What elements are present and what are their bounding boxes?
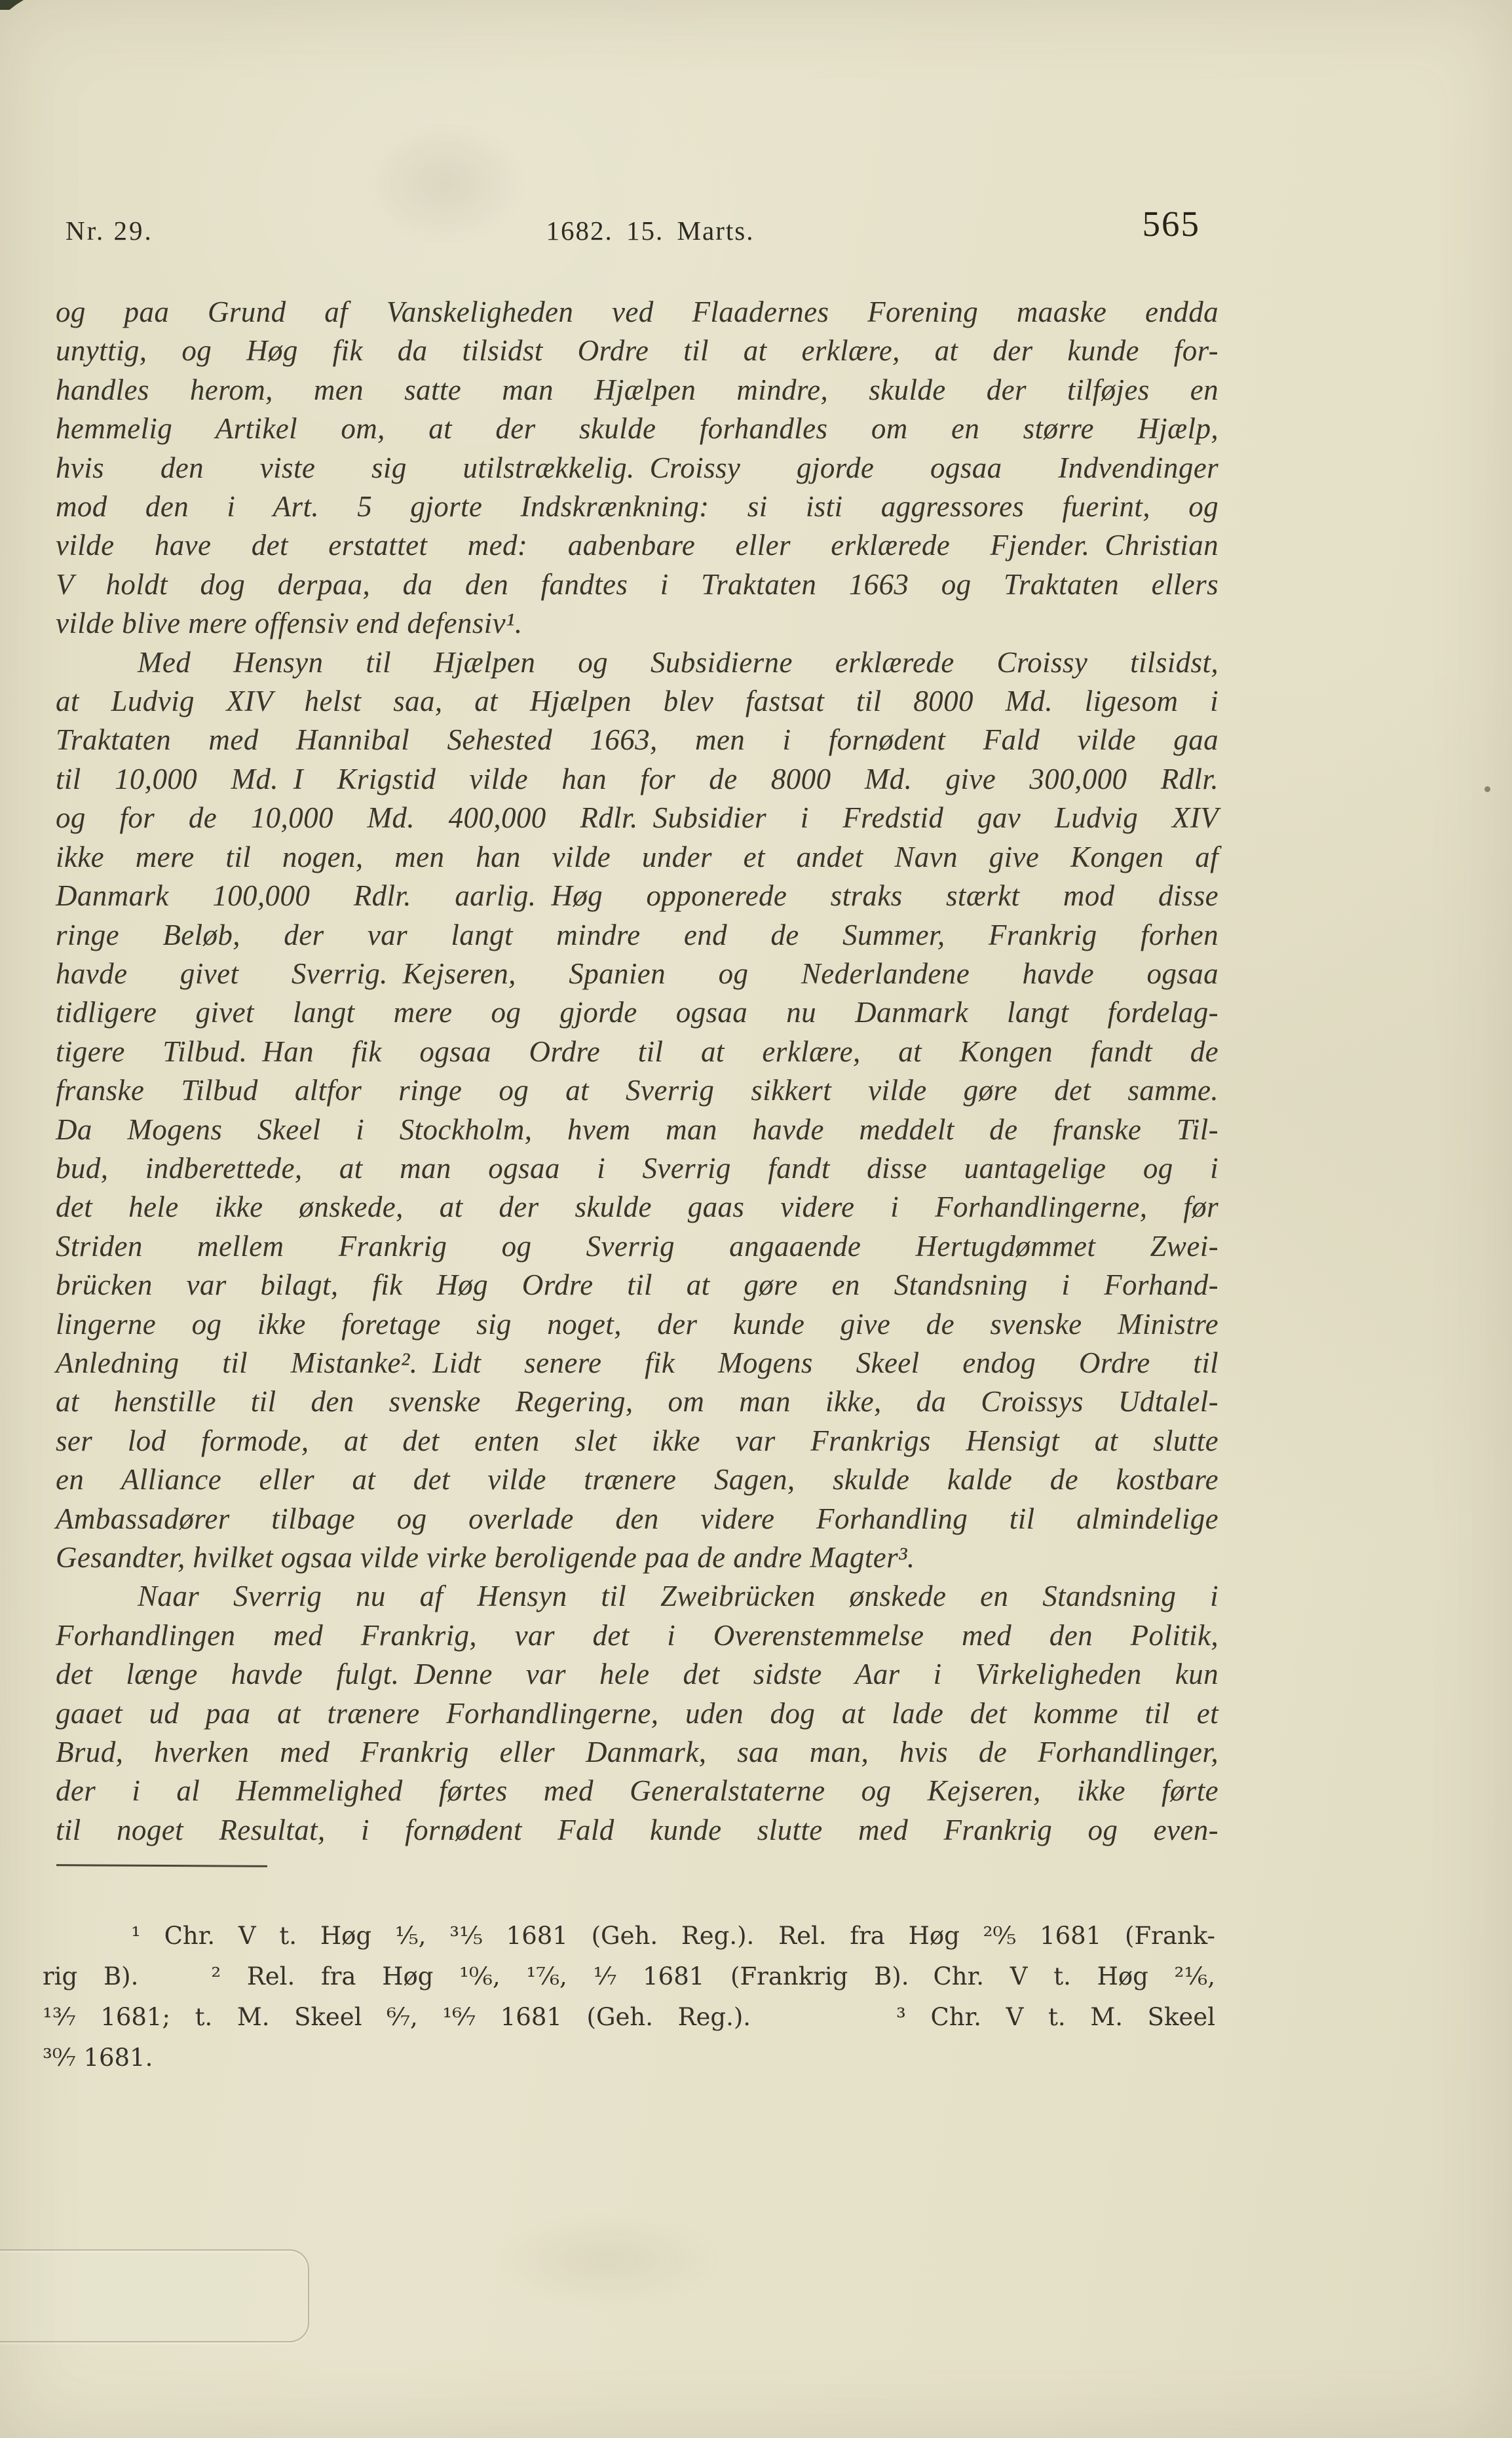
body-line: at Ludvig XIV helst saa, at Hjælpen blev… [56, 682, 1219, 721]
body-line: unyttig, og Høg fik da tilsidst Ordre ti… [56, 332, 1219, 370]
body-line: lingerne og ikke foretage sig noget, der… [56, 1305, 1219, 1344]
body-line: til noget Resultat, i fornødent Fald kun… [56, 1811, 1219, 1850]
body-text: og paa Grund af Vanskeligheden ved Flaad… [56, 293, 1219, 1850]
body-line: gaaet ud paa at trænere Forhandlingerne,… [56, 1694, 1219, 1733]
body-line: franske Tilbud altfor ringe og at Sverri… [56, 1071, 1219, 1110]
body-line: Naar Sverrig nu af Hensyn til Zweibrücke… [56, 1577, 1219, 1616]
body-line: Traktaten med Hannibal Sehested 1663, me… [56, 721, 1219, 759]
book-page: Nr. 29. 1682. 15. Marts. 565 og paa Grun… [0, 0, 1512, 2438]
body-line: ikke mere til nogen, men han vilde under… [56, 838, 1219, 877]
body-line: Striden mellem Frankrig og Sverrig angaa… [56, 1227, 1219, 1266]
footnote-line: ¹³⁄₇ 1681; t. M. Skeel ⁶⁄₇, ¹⁶⁄₇ 1681 (G… [43, 1997, 1215, 2038]
footnote-line: ¹ Chr. V t. Høg ¹⁄₅, ³¹⁄₅ 1681 (Geh. Reg… [43, 1916, 1215, 1956]
body-line: brücken var bilagt, fik Høg Ordre til at… [56, 1266, 1219, 1305]
body-line: ringe Beløb, der var langt mindre end de… [56, 916, 1219, 955]
edge-speck [1484, 786, 1490, 792]
body-line: tidligere givet langt mere og gjorde ogs… [56, 993, 1219, 1032]
body-line: Med Hensyn til Hjælpen og Subsidierne er… [56, 643, 1219, 682]
body-line: ser lod formode, at det enten slet ikke … [56, 1422, 1219, 1460]
body-line: til 10,000 Md. I Krigstid vilde han for … [56, 760, 1219, 799]
body-line: Anledning til Mistanke². Lidt senere fik… [56, 1344, 1219, 1382]
body-line: vilde blive mere offensiv end defensiv¹. [56, 604, 1219, 643]
footnote-line: ³⁰⁄₇ 1681. [43, 2038, 1215, 2078]
corner-mark [0, 0, 24, 10]
paper-stain [498, 2215, 721, 2306]
body-line: V holdt dog derpaa, da den fandtes i Tra… [56, 565, 1219, 604]
body-line: og for de 10,000 Md. 400,000 Rdlr. Subsi… [56, 799, 1219, 837]
footnote-line: rig B). ² Rel. fra Høg ¹⁰⁄₆, ¹⁷⁄₆, ¹⁄₇ 1… [43, 1956, 1215, 1997]
body-line: Ambassadører tilbage og overlade den vid… [56, 1500, 1219, 1538]
body-line: hvis den viste sig utilstrækkelig. Crois… [56, 449, 1219, 487]
body-line: og paa Grund af Vanskeligheden ved Flaad… [56, 293, 1219, 332]
body-line: vilde have det erstattet med: aabenbare … [56, 526, 1219, 565]
body-line: det længe havde fulgt. Denne var hele de… [56, 1655, 1219, 1694]
body-line: det hele ikke ønskede, at der skulde gaa… [56, 1188, 1219, 1227]
footnotes: ¹ Chr. V t. Høg ¹⁄₅, ³¹⁄₅ 1681 (Geh. Reg… [43, 1916, 1215, 2078]
body-line: hemmelig Artikel om, at der skulde forha… [56, 410, 1219, 448]
body-line: en Alliance eller at det vilde trænere S… [56, 1460, 1219, 1499]
body-line: handles herom, men satte man Hjælpen min… [56, 371, 1219, 410]
body-line: bud, indberettede, at man ogsaa i Sverri… [56, 1149, 1219, 1188]
body-line: der i al Hemmelighed førtes med Generals… [56, 1772, 1219, 1810]
body-line: Danmark 100,000 Rdlr. aarlig. Høg oppone… [56, 877, 1219, 915]
page-number: 565 [1143, 203, 1201, 244]
body-line: Forhandlingen med Frankrig, var det i Ov… [56, 1616, 1219, 1655]
header-date: 1682. 15. Marts. [56, 215, 1245, 246]
body-line: havde givet Sverrig. Kejseren, Spanien o… [56, 955, 1219, 993]
body-line: Da Mogens Skeel i Stockholm, hvem man ha… [56, 1111, 1219, 1149]
body-line: tigere Tilbud. Han fik ogsaa Ordre til a… [56, 1033, 1219, 1071]
footnote-rule [56, 1864, 267, 1867]
body-line: at henstille til den svenske Regering, o… [56, 1382, 1219, 1421]
body-line: mod den i Art. 5 gjorte Indskrænkning: s… [56, 487, 1219, 526]
body-line: Gesandter, hvilket ogsaa vilde virke ber… [56, 1538, 1219, 1577]
body-line: Brud, hverken med Frankrig eller Danmark… [56, 1733, 1219, 1772]
paper-impression [0, 2249, 309, 2342]
